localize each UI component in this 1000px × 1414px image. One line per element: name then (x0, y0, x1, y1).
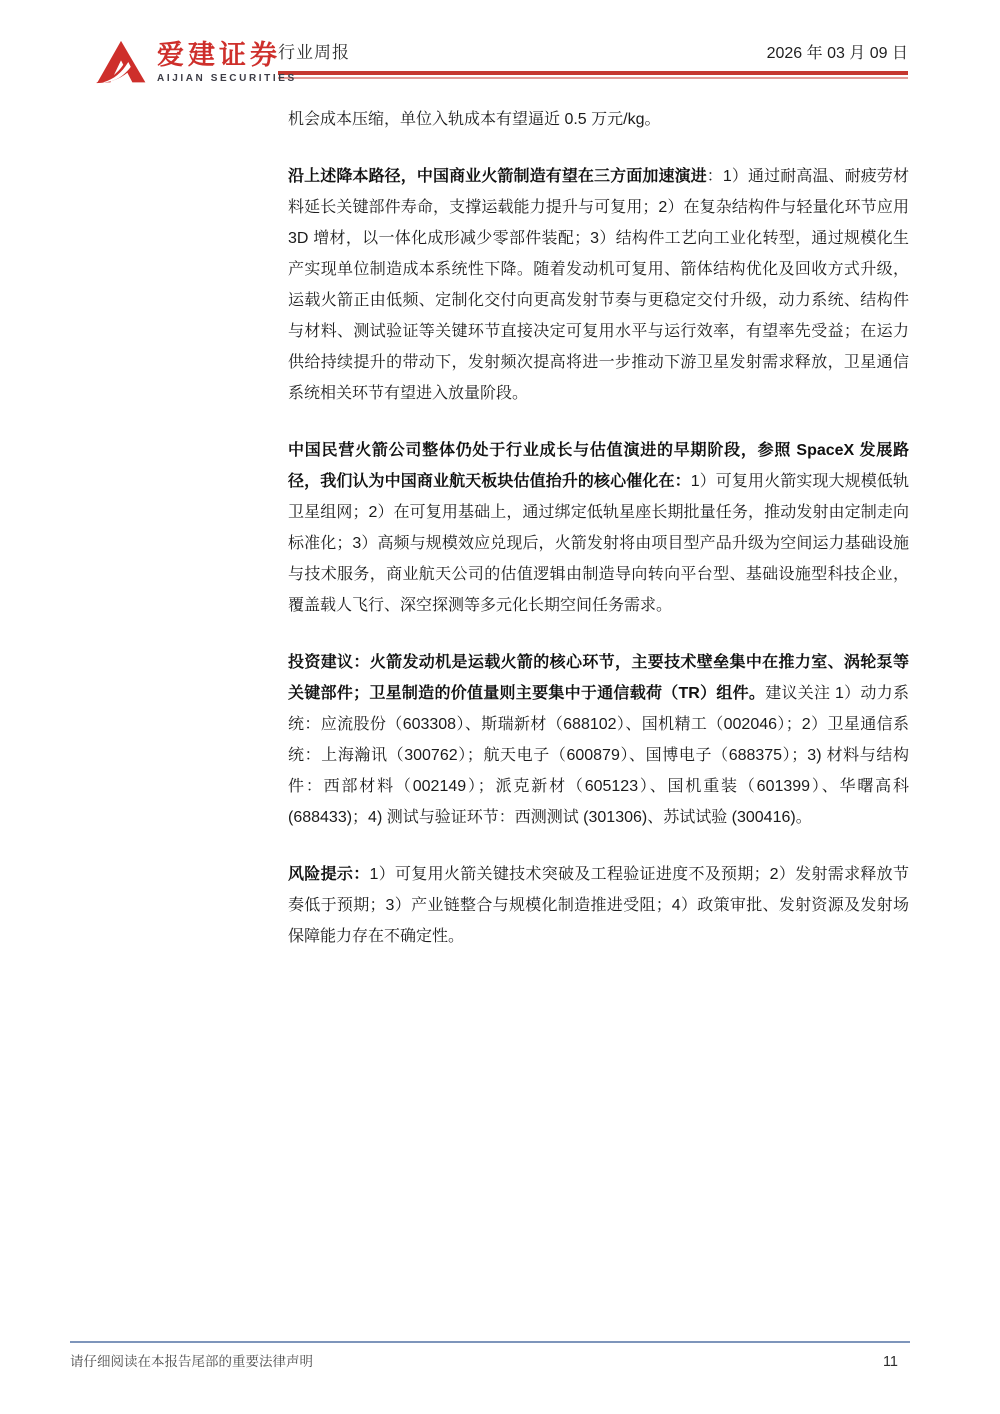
para-cost-reduction-path: 沿上述降本路径，中国商业火箭制造有望在三方面加速演进：1）通过耐高温、耐疲劳材料… (288, 161, 909, 409)
logo-text: 爱建证券 AIJIAN SECURITIES (157, 38, 297, 84)
footer-disclaimer: 请仔细阅读在本报告尾部的重要法律声明 (70, 1350, 313, 1370)
header-rule-thin (278, 77, 908, 79)
footer-page-number: 11 (883, 1354, 910, 1370)
report-date: 2026 年 03 月 09 日 (767, 40, 908, 63)
aijian-a-icon (95, 38, 147, 86)
aijian-logo: 爱建证券 AIJIAN SECURITIES (95, 38, 297, 86)
para-valuation-catalyst-text: 1）可复用火箭实现大规模低轨卫星组网；2）在可复用基础上，通过绑定低轨星座长期批… (288, 473, 909, 614)
page-footer: 请仔细阅读在本报告尾部的重要法律声明 11 (70, 1341, 910, 1370)
para-risk-warning-text: 1）可复用火箭关键技术突破及工程验证进度不及预期；2）发射需求释放节奏低于预期；… (288, 866, 909, 945)
logo-cn-name: 爱建证券 (157, 42, 297, 69)
header-title-block: 行业周报 2026 年 03 月 09 日 (278, 38, 908, 79)
para-risk-warning-lead: 风险提示： (288, 866, 370, 883)
para-investment-advice: 投资建议：火箭发动机是运载火箭的核心环节，主要技术壁垒集中在推力室、涡轮泵等关键… (288, 647, 909, 833)
para-cost-reduction-path-lead: 沿上述降本路径，中国商业火箭制造有望在三方面加速演进 (288, 168, 707, 185)
page-header: 爱建证券 AIJIAN SECURITIES 行业周报 2026 年 03 月 … (95, 38, 908, 79)
para-orbit-cost: 机会成本压缩，单位入轨成本有望逼近 0.5 万元/kg。 (288, 104, 909, 135)
logo-en-name: AIJIAN SECURITIES (157, 73, 297, 84)
para-risk-warning: 风险提示：1）可复用火箭关键技术突破及工程验证进度不及预期；2）发射需求释放节奏… (288, 859, 909, 952)
header-title-row: 行业周报 2026 年 03 月 09 日 (278, 38, 908, 71)
para-valuation-catalyst: 中国民营火箭公司整体仍处于行业成长与估值演进的早期阶段，参照 SpaceX 发展… (288, 435, 909, 621)
report-page: 爱建证券 AIJIAN SECURITIES 行业周报 2026 年 03 月 … (0, 0, 1000, 1414)
para-cost-reduction-path-text: ：1）通过耐高温、耐疲劳材料延长关键部件寿命，支撑运载能力提升与可复用；2）在复… (288, 168, 909, 402)
report-body: 机会成本压缩，单位入轨成本有望逼近 0.5 万元/kg。 沿上述降本路径，中国商… (288, 104, 909, 978)
para-orbit-cost-text: 机会成本压缩，单位入轨成本有望逼近 0.5 万元/kg。 (288, 111, 660, 128)
para-investment-advice-text: 建议关注 1）动力系统：应流股份（603308）、斯瑞新材（688102）、国机… (288, 685, 909, 826)
